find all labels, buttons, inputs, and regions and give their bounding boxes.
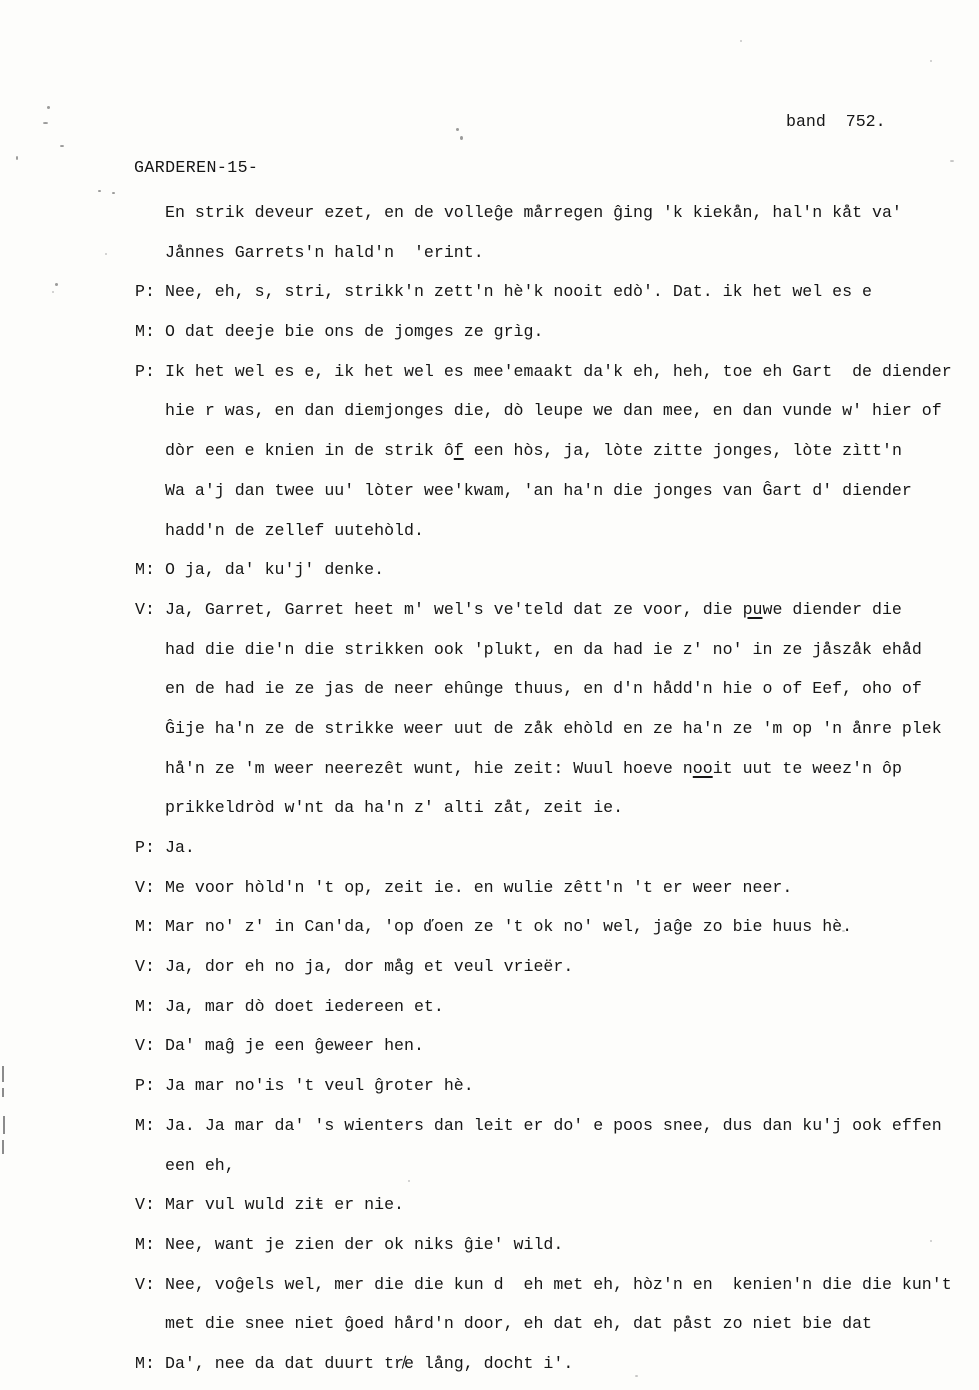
line-text: Me voor hòld'n 't op, zeit ie. en wulie … [165, 878, 792, 897]
speaker-label: M: [135, 907, 155, 947]
speaker-label: P: [135, 828, 155, 868]
line-text: prikkeldròd w'nt da ha'n z' alti zåt, ze… [165, 798, 623, 817]
line-text: Wa a'j dan twee uu' lòter wee'kwam, 'an … [165, 481, 912, 500]
speaker-label: P: [135, 352, 155, 392]
scan-speck [98, 190, 101, 192]
line-text: hadd'n de zellef uutehòld. [165, 521, 424, 540]
line-text: Ja. [165, 838, 195, 857]
line-text: it uut te weez'n ôp [713, 759, 902, 778]
transcript-line: M:Nee, want je zien der ok niks ĝie' wil… [135, 1225, 969, 1265]
transcript: En strik deveur ezet, en de volleĝe mårr… [135, 193, 969, 1384]
transcript-line: V:Ja, dor eh no ja, dor måg et veul vrie… [135, 947, 969, 987]
line-text: pu [743, 600, 763, 619]
transcript-line: met die snee niet ĝoed hård'n door, eh d… [135, 1304, 969, 1344]
transcript-line: Jånnes Garrets'n hald'n 'erint. [135, 233, 969, 273]
line-text: dòr een e knien in de strik ô [165, 441, 454, 460]
transcript-line: had die die'n die strikken ook 'plukt, e… [135, 630, 969, 670]
transcript-line: P:Ik het wel es e, ik het wel es mee'ema… [135, 352, 969, 392]
scan-speck [52, 291, 54, 293]
margin-mark [2, 1088, 4, 1097]
scan-speck [950, 160, 954, 162]
transcript-line: V:Nee, voĝels wel, mer die die kun d eh … [135, 1265, 969, 1305]
line-text: Ja mar no'is 't veul ĝroter hè. [165, 1076, 474, 1095]
scan-speck [105, 253, 107, 255]
scan-speck [16, 156, 18, 160]
document-page: band 752. GARDEREN-15- En strik deveur e… [0, 0, 979, 1390]
transcript-line: hadd'n de zellef uutehòld. [135, 511, 969, 551]
transcript-line: P:Ja. [135, 828, 969, 868]
line-text: met die snee niet ĝoed hård'n door, eh d… [165, 1314, 872, 1333]
line-text: had die die'n die strikken ook 'plukt, e… [165, 640, 922, 659]
speaker-label: M: [135, 1225, 155, 1265]
speaker-label: V: [135, 947, 155, 987]
speaker-label: M: [135, 1106, 155, 1146]
scan-speck [456, 128, 459, 131]
transcript-line: M:O dat deeje bie ons de jomges ze grìg. [135, 312, 969, 352]
line-text: Nee, eh, s, stri, strikk'n zett'n hè'k n… [165, 282, 872, 301]
line-text: En strik deveur ezet, en de volleĝe mårr… [165, 203, 902, 222]
scan-speck [740, 40, 742, 42]
line-text: Mar no' z' in Can'da, 'op ďoen ze 't ok … [165, 917, 852, 936]
line-text: een hòs, ja, lòte zitte jonges, lòte zìt… [464, 441, 902, 460]
line-text: hå'n ze 'm weer neerezêt wunt, hie zeit:… [165, 759, 693, 778]
transcript-line: Wa a'j dan twee uu' lòter wee'kwam, 'an … [135, 471, 969, 511]
speaker-label: V: [135, 1265, 155, 1305]
speaker-label: V: [135, 1185, 155, 1225]
line-text: Ĝije ha'n ze de strikke weer uut de zåk … [165, 719, 942, 738]
transcript-line: een eh, [135, 1146, 969, 1186]
transcript-line: prikkeldròd w'nt da ha'n z' alti zåt, ze… [135, 788, 969, 828]
transcript-line: M:Da', nee da dat duurt tr̸e lång, docht… [135, 1344, 969, 1384]
transcript-line: dòr een e knien in de strik ôf een hòs, … [135, 431, 969, 471]
speaker-label: P: [135, 272, 155, 312]
margin-mark [2, 1140, 4, 1154]
scan-speck [60, 145, 64, 147]
line-text: f [454, 441, 464, 460]
line-text: Ja, dor eh no ja, dor måg et veul vrieër… [165, 957, 573, 976]
transcript-line: M:Ja, mar dò doet iedereen et. [135, 987, 969, 1027]
line-text: een eh, [165, 1156, 235, 1175]
speaker-label: M: [135, 1344, 155, 1384]
speaker-label: M: [135, 312, 155, 352]
line-text: we diender die [762, 600, 901, 619]
margin-mark [2, 1066, 4, 1082]
line-text: en de had ie ze jas de neer ehûnge thuus… [165, 679, 922, 698]
scan-speck [842, 930, 845, 932]
transcript-line: hå'n ze 'm weer neerezêt wunt, hie zeit:… [135, 749, 969, 789]
transcript-line: P:Ja mar no'is 't veul ĝroter hè. [135, 1066, 969, 1106]
page-title: GARDEREN-15- [134, 160, 258, 177]
speaker-label: V: [135, 590, 155, 630]
line-text: Ja, mar dò doet iedereen et. [165, 997, 444, 1016]
speaker-label: M: [135, 987, 155, 1027]
scan-speck [930, 60, 932, 62]
line-text: hie r was, en dan diemjonges die, dò leu… [165, 401, 942, 420]
transcript-line: En strik deveur ezet, en de volleĝe mårr… [135, 193, 969, 233]
line-text: O ja, da' ku'j' denke. [165, 560, 384, 579]
scan-speck [112, 192, 115, 194]
line-text: Da' maĝ je een ĝeweer hen. [165, 1036, 424, 1055]
transcript-line: V:Ja, Garret, Garret heet m' wel's ve'te… [135, 590, 969, 630]
transcript-line: hie r was, en dan diemjonges die, dò leu… [135, 391, 969, 431]
scan-speck [635, 1375, 638, 1377]
line-text: Nee, want je zien der ok niks ĝie' wild. [165, 1235, 563, 1254]
scan-speck [930, 1240, 932, 1242]
line-text: Ik het wel es e, ik het wel es mee'emaak… [165, 362, 952, 381]
line-text: Mar vul wuld ziŧ er nie. [165, 1195, 404, 1214]
transcript-line: M:Mar no' z' in Can'da, 'op ďoen ze 't o… [135, 907, 969, 947]
transcript-line: P:Nee, eh, s, stri, strikk'n zett'n hè'k… [135, 272, 969, 312]
speaker-label: V: [135, 1026, 155, 1066]
transcript-line: V:Mar vul wuld ziŧ er nie. [135, 1185, 969, 1225]
line-text: oo [693, 759, 713, 778]
line-text: O dat deeje bie ons de jomges ze grìg. [165, 322, 543, 341]
band-label: band 752. [786, 114, 886, 131]
transcript-line: M:O ja, da' ku'j' denke. [135, 550, 969, 590]
margin-mark [3, 1116, 5, 1134]
line-text: Nee, voĝels wel, mer die die kun d eh me… [165, 1275, 952, 1294]
line-text: Da', nee da dat duurt tr̸e lång, docht i… [165, 1354, 573, 1373]
scan-speck [55, 283, 58, 286]
transcript-line: V:Da' maĝ je een ĝeweer hen. [135, 1026, 969, 1066]
scan-speck [460, 136, 463, 140]
transcript-line: M:Ja. Ja mar da' 's wienters dan leit er… [135, 1106, 969, 1146]
line-text: Ja. Ja mar da' 's wienters dan leit er d… [165, 1116, 942, 1135]
line-text: Ja, Garret, Garret heet m' wel's ve'teld… [165, 600, 743, 619]
transcript-line: en de had ie ze jas de neer ehûnge thuus… [135, 669, 969, 709]
line-text: Jånnes Garrets'n hald'n 'erint. [165, 243, 484, 262]
speaker-label: M: [135, 550, 155, 590]
transcript-line: Ĝije ha'n ze de strikke weer uut de zåk … [135, 709, 969, 749]
scan-speck [43, 122, 48, 124]
speaker-label: P: [135, 1066, 155, 1106]
speaker-label: V: [135, 868, 155, 908]
scan-speck [408, 1180, 410, 1182]
transcript-line: V:Me voor hòld'n 't op, zeit ie. en wuli… [135, 868, 969, 908]
scan-speck [47, 106, 50, 109]
